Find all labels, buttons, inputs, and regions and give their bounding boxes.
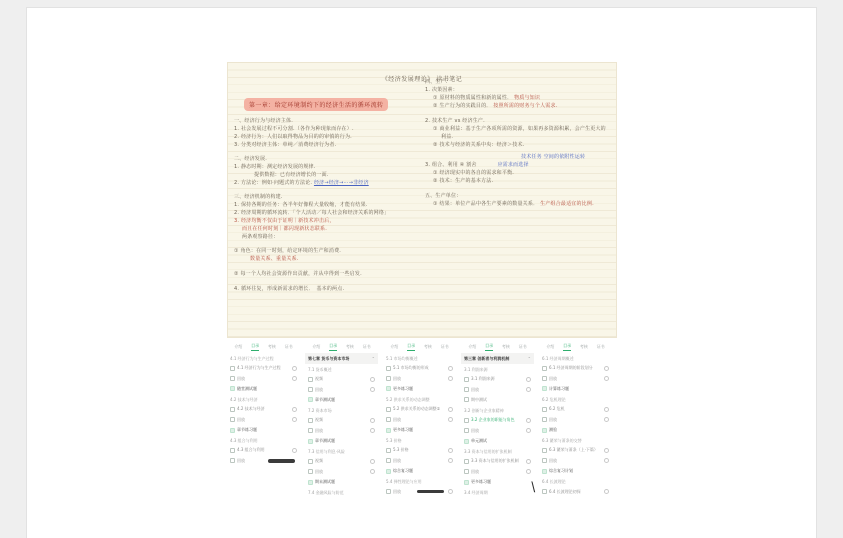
course-item-row: 回放 — [461, 384, 534, 394]
section-label: 4.3 组合与利用 — [227, 435, 300, 445]
tab-item: 目录 — [563, 343, 571, 351]
course-item-row: 4.1 经济行为与生产过程 — [227, 363, 300, 373]
download-circle-icon — [292, 366, 297, 371]
quiz-icon — [386, 386, 391, 391]
item-title: 综合复习题 — [393, 468, 453, 474]
course-item-row: 回放 — [461, 426, 534, 436]
tab-item: 考核 — [580, 344, 588, 351]
tab-item: 考核 — [424, 344, 432, 351]
item-title: 回放 — [315, 387, 368, 393]
video-icon — [386, 448, 391, 453]
quiz-row: 更多练习题 — [383, 425, 456, 435]
note-text: ① 结果：单位产品中各生产要素的数量关系． — [433, 201, 540, 207]
course-item-row: 4.3 组合与利用 — [227, 445, 300, 455]
note-text: 3. 经济均衡不仅由于证明｜新技术冲击后， — [234, 218, 335, 224]
chapter-heading-highlight: 第一章：给定环境制约下的经济生活的循环流转 — [244, 98, 388, 111]
item-title: 更多练习题 — [471, 479, 531, 485]
quiz-row: 更多练习题 — [461, 477, 534, 487]
quiz-icon — [308, 397, 313, 402]
video-icon — [308, 387, 313, 392]
tab-item: 介绍 — [234, 344, 242, 351]
video-icon — [230, 376, 235, 381]
section-label: 7.3 信用与利息·风险 — [305, 446, 378, 456]
section-label: 3.4 经济周期 — [461, 487, 534, 497]
note-line: 五、生产单位： — [425, 192, 615, 200]
chapter-title: 第三章 创新者与利润机制 — [464, 356, 509, 362]
video-icon — [464, 428, 469, 433]
course-item-row: 5.1 市场均衡的形成 — [383, 363, 456, 373]
item-title: 3.3 资本与信用的扩张机制 — [471, 458, 524, 464]
quiz-row: 章节测试题 — [305, 395, 378, 405]
quiz-row: 随堂测试题 — [227, 384, 300, 394]
item-title: 章节测试题 — [315, 397, 375, 403]
item-title: 回放 — [315, 469, 368, 475]
course-item-row: 6.2 危机 — [539, 404, 612, 414]
download-circle-icon — [604, 376, 609, 381]
chapter-heading-text: 第一章：给定环境制约下的经济生活的循环流转 — [249, 102, 383, 109]
tab-item: 目录 — [329, 343, 337, 351]
course-item-row: 回放 — [227, 373, 300, 383]
download-circle-icon — [448, 489, 453, 494]
course-item-row: 回放 — [383, 373, 456, 383]
note-line: 1. 决策因素： — [425, 86, 615, 94]
course-item-row: 回放 — [539, 456, 612, 466]
video-icon — [386, 376, 391, 381]
item-title: 期中测试 — [471, 397, 531, 403]
note-line: ① 商业利益：基于生产各项所需的资源，如果再多资源积累，会产生更大的 — [425, 125, 615, 133]
section-label: 5.4 弹性理论与应用 — [383, 476, 456, 486]
note-text: 生产组合最适宜的比例. — [540, 201, 594, 207]
item-title: 章节练习题 — [237, 427, 297, 433]
quiz-icon — [386, 428, 391, 433]
section-label: 6.2 危机理论 — [539, 394, 612, 404]
tab-item: 目录 — [251, 343, 259, 351]
item-title: 6.4 长波理论初探 — [549, 489, 602, 495]
note-line: 3. 经济均衡不仅由于证明｜新技术冲击后， — [234, 217, 422, 225]
download-circle-icon — [448, 376, 453, 381]
tab-bar: 介绍目录考核证书 — [227, 340, 300, 353]
note-text: 技术任务 空间的依附性运转 — [521, 154, 585, 160]
phone-screenshot: 介绍目录考核证书6.1 经济周期概述6.1 经济周期的阶段划分回放计算练习题6.… — [539, 340, 612, 497]
download-circle-icon — [526, 377, 531, 382]
quiz-row: 计算练习题 — [539, 384, 612, 394]
quiz-row: 综合复习计划 — [539, 466, 612, 476]
tab-item: 证书 — [597, 344, 605, 351]
quiz-row: 单元测试 — [461, 436, 534, 446]
item-title: 回放 — [471, 469, 524, 475]
download-circle-icon — [292, 407, 297, 412]
quiz-row: 更多练习题 — [383, 384, 456, 394]
note-text: 两条观察路径： — [242, 234, 278, 240]
progress-bar — [417, 490, 444, 494]
quiz-row: 综合复习题 — [383, 466, 456, 476]
course-item-row: 视频 — [305, 415, 378, 425]
download-circle-icon — [370, 428, 375, 433]
course-item-row: 回放 — [539, 415, 612, 425]
note-line: ① 角色：在同一时刻，给定环境的生产和消费. — [234, 247, 422, 255]
quiz-icon — [464, 480, 469, 485]
course-item-row: 回放 — [227, 415, 300, 425]
video-icon — [464, 459, 469, 464]
download-circle-icon — [604, 458, 609, 463]
quiz-row: 期末测试题 — [305, 477, 378, 487]
pen-mark: \ — [531, 480, 536, 495]
download-circle-icon — [448, 407, 453, 412]
course-item-row: 3.3 资本与信用的扩张机制 — [461, 456, 534, 466]
video-icon — [308, 377, 313, 382]
video-icon — [542, 376, 547, 381]
download-circle-icon — [526, 469, 531, 474]
item-title: 回放 — [393, 417, 446, 423]
note-text: 1. 保持各期的任务：各半年好像程大量收缩，才能有结果. — [234, 202, 368, 208]
note-line: 1. 保持各期的任务：各半年好像程大量收缩，才能有结果. — [234, 201, 422, 209]
note-text: 经济→经济→⋯→非经济 — [314, 180, 369, 186]
note-line: 两条观察路径： — [234, 233, 422, 241]
video-icon — [386, 458, 391, 463]
note-line: 提供数据：已有经济增长的一面. — [234, 171, 422, 179]
video-icon — [542, 458, 547, 463]
item-title: 回放 — [393, 458, 446, 464]
section-label: 6.3 繁荣与萧条的交替 — [539, 435, 612, 445]
note-text: ① 商业利益：基于生产各项所需的资源，如果再多资源积累，会产生更大的 — [433, 126, 606, 132]
note-text: ② 技术：生产的基本方法. — [433, 178, 493, 184]
tab-item: 证书 — [285, 344, 293, 351]
item-title: 回放 — [315, 428, 368, 434]
item-title: 回放 — [237, 417, 290, 423]
tab-item: 介绍 — [468, 344, 476, 351]
quiz-icon — [542, 386, 547, 391]
quiz-icon — [308, 439, 313, 444]
course-item-row: 回放 — [383, 456, 456, 466]
video-icon — [230, 407, 235, 412]
course-item-row: 6.4 长波理论初探 — [539, 486, 612, 496]
video-icon — [542, 417, 547, 422]
item-title: 回放 — [237, 458, 265, 464]
download-circle-icon — [370, 469, 375, 474]
quiz-icon — [464, 439, 469, 444]
download-circle-icon — [292, 376, 297, 381]
tab-item: 介绍 — [390, 344, 398, 351]
quiz-row: 章节测试题 — [305, 436, 378, 446]
download-circle-icon — [292, 448, 297, 453]
note-text: 四、生产. — [425, 79, 448, 85]
course-item-row: 4.2 技术与经济 — [227, 404, 300, 414]
download-circle-icon — [292, 417, 297, 422]
item-title: 回放 — [471, 387, 524, 393]
note-text: 而且在任何时刻｜都闪现新状态联系. — [242, 226, 327, 232]
section-label: 3.2 创新与企业家精神 — [461, 405, 534, 415]
note-text: 2. 技术生产 vs 经济生产. — [425, 118, 485, 124]
video-icon — [308, 459, 313, 464]
note-text: 利益. — [441, 134, 453, 140]
note-line: 一、经济行为与经济主体. — [234, 117, 422, 125]
note-text: 4. 循环往复，形成新需求的增长． 基本的两点. — [234, 286, 344, 292]
item-title: 5.3 价格 — [393, 447, 446, 453]
section-label: 3.1 利润来源 — [461, 364, 534, 374]
video-icon — [542, 489, 547, 494]
note-line: ② 每一个人均社会资源作出贡献，并从中得到一些启发. — [234, 270, 422, 278]
quiz-row: 测验 — [539, 425, 612, 435]
item-title: 4.1 经济行为与生产过程 — [237, 365, 290, 371]
note-line: 四、生产. — [425, 78, 615, 86]
download-circle-icon — [604, 448, 609, 453]
note-line: 数量关系、重量关系. — [234, 255, 422, 263]
download-circle-icon — [448, 417, 453, 422]
note-line: 1. 静态时期：测定经济发展的规律. — [234, 163, 422, 171]
note-line: ② 技术：生产的基本方法. — [425, 177, 615, 185]
tab-item: 证书 — [519, 344, 527, 351]
video-icon — [542, 366, 547, 371]
note-text: 3. 分类对经济主体：单纯／消费经济行为者. — [234, 142, 336, 148]
note-text: 提供数据：已有经济增长的一面. — [254, 172, 329, 178]
tab-bar: 介绍目录考核证书 — [383, 340, 456, 353]
phone-screenshot: 介绍目录考核证书4.1 经济行为与生产过程4.1 经济行为与生产过程回放随堂测试… — [227, 340, 300, 497]
course-item-row: 视频 — [305, 374, 378, 384]
course-item-row: 回放 — [305, 426, 378, 436]
section-label: 7.4 金融风险与防范 — [305, 487, 378, 497]
video-icon — [230, 366, 235, 371]
section-label: 5.2 供求关系的动态调整 — [383, 394, 456, 404]
download-circle-icon — [370, 387, 375, 392]
section-label: 4.2 技术与经济 — [227, 394, 300, 404]
tab-item: 证书 — [363, 344, 371, 351]
video-icon — [464, 469, 469, 474]
note-text: ② 技术与经济的关系中央：经济＞技术. — [433, 142, 524, 148]
item-title: 回放 — [549, 458, 602, 464]
tab-item: 考核 — [346, 344, 354, 351]
video-icon — [464, 397, 469, 402]
note-text: 1. 静态时期：测定经济发展的规律. — [234, 164, 316, 170]
note-line: 2. 方法论：例如·问题式的方法论. 经济→经济→⋯→非经济 — [234, 179, 422, 187]
item-title: 5.1 市场均衡的形成 — [393, 365, 446, 371]
note-line: 技术任务 空间的依附性运转 — [425, 153, 615, 161]
note-text: 2. 方法论：例如·问题式的方法论. — [234, 180, 314, 186]
note-line: 三、经济机制的构建. — [234, 193, 422, 201]
download-circle-icon — [526, 428, 531, 433]
document-page: 《经济发展理论》 读书笔记 第一章：给定环境制约下的经济生活的循环流转 一、经济… — [26, 7, 817, 538]
chapter-header-row: 第七章 货币与资本市场⌃ — [305, 353, 378, 364]
collapse-caret-icon: ⌃ — [372, 356, 375, 361]
note-line: 二、经济发展. — [234, 155, 422, 163]
item-title: 4.3 组合与利用 — [237, 447, 290, 453]
note-line: 2. 经济周期的循环流转．「个人活动／每人社会和经济关系的网络」 — [234, 209, 422, 217]
note-text: ① 角色：在同一时刻，给定环境的生产和消费. — [234, 248, 341, 254]
note-text: 数量关系、重量关系. — [250, 256, 299, 262]
note-text: 二、经济发展. — [234, 156, 267, 162]
video-icon — [308, 428, 313, 433]
note-line: 4. 循环往复，形成新需求的增长． 基本的两点. — [234, 285, 422, 293]
course-item-row: 6.3 繁荣与萧条（上·下篇） — [539, 445, 612, 455]
note-line: 1. 社会发展过程不可分割.（各作为种现象而存在）. — [234, 125, 422, 133]
phone-screenshot: 介绍目录考核证书第三章 创新者与利润机制⌃3.1 利润来源3.1 利润来源回放期… — [461, 340, 534, 497]
item-title: 回放 — [393, 376, 446, 382]
item-title: 综合复习计划 — [549, 468, 609, 474]
video-icon — [386, 366, 391, 371]
chapter-header-row: 第三章 创新者与利润机制⌃ — [461, 353, 534, 364]
note-text: ② 每一个人均社会资源作出贡献，并从中得到一些启发. — [234, 271, 362, 277]
note-text: 物质与知识 — [514, 95, 540, 101]
course-item-row: 回放 — [383, 486, 456, 496]
section-label: 5.1 市场均衡概述 — [383, 353, 456, 363]
course-item-row: 回放 — [461, 467, 534, 477]
download-circle-icon — [526, 459, 531, 464]
download-circle-icon — [370, 377, 375, 382]
section-label: 7.2 资本市场 — [305, 405, 378, 415]
download-circle-icon — [604, 407, 609, 412]
tab-bar: 介绍目录考核证书 — [539, 340, 612, 353]
section-label: 3.3 资本与信用的扩张机制 — [461, 446, 534, 456]
course-item-row: 视频 — [305, 456, 378, 466]
phone-screenshot: 介绍目录考核证书5.1 市场均衡概述5.1 市场均衡的形成回放更多练习题5.2 … — [383, 340, 456, 497]
item-title: 视频 — [315, 376, 368, 382]
item-title: 4.2 技术与经济 — [237, 406, 290, 412]
video-icon — [464, 418, 469, 423]
note-line: 3. 分类对经济主体：单纯／消费经济行为者. — [234, 141, 422, 149]
course-item-row: 3.1 利润来源 — [461, 374, 534, 384]
note-line: ① 原材料的物质属性和新的属性． 物质与知识 — [425, 94, 615, 102]
download-circle-icon — [448, 366, 453, 371]
note-line: 利益. — [425, 133, 615, 141]
video-icon — [542, 448, 547, 453]
phone-screenshot: 介绍目录考核证书第七章 货币与资本市场⌃7.1 货币概述视频回放章节测试题7.2… — [305, 340, 378, 497]
note-text: 2. 经济行为：人们以取得物品为目的的审慎的行为. — [234, 134, 352, 140]
video-icon — [386, 407, 391, 412]
chapter-title: 第七章 货币与资本市场 — [308, 356, 349, 362]
section-label: 5.3 价格 — [383, 435, 456, 445]
notes-left-column: 一、经济行为与经济主体.1. 社会发展过程不可分割.（各作为种现象而存在）.2.… — [234, 117, 422, 293]
note-line: 2. 经济行为：人们以取得物品为目的的审慎的行为. — [234, 133, 422, 141]
item-title: 视频 — [315, 458, 368, 464]
course-item-row: 回放 — [383, 415, 456, 425]
note-line: ② 技术与经济的关系中央：经济＞技术. — [425, 141, 615, 149]
item-title: 回放 — [393, 489, 414, 495]
note-text: 三、经济机制的构建. — [234, 194, 283, 200]
section-label: 7.1 货币概述 — [305, 364, 378, 374]
item-title: 6.2 危机 — [549, 406, 602, 412]
video-icon — [230, 417, 235, 422]
item-title: 计算练习题 — [549, 386, 609, 392]
item-title: 回放 — [549, 417, 602, 423]
note-text: 按照所需的财务与个人需求. — [493, 103, 557, 109]
download-circle-icon — [370, 459, 375, 464]
quiz-icon — [542, 469, 547, 474]
note-text: 2. 经济周期的循环流转．「个人活动／每人社会和经济关系的网络」 — [234, 210, 389, 216]
video-icon — [386, 489, 391, 494]
video-icon — [464, 387, 469, 392]
course-item-row: 回放 — [227, 456, 300, 466]
tab-item: 目录 — [485, 343, 493, 351]
quiz-icon — [230, 428, 235, 433]
tab-bar: 介绍目录考核证书 — [305, 340, 378, 353]
note-line: 3. 组合、利用 ④ 割舍 应需求而选择 — [425, 161, 615, 169]
video-icon — [308, 469, 313, 474]
course-item-row: 5.3 价格 — [383, 445, 456, 455]
note-text: 1. 社会发展过程不可分割.（各作为种现象而存在）. — [234, 126, 354, 132]
tab-item: 介绍 — [546, 344, 554, 351]
item-title: 测验 — [549, 427, 609, 433]
download-circle-icon — [604, 417, 609, 422]
tab-item: 目录 — [407, 343, 415, 351]
item-title: 回放 — [549, 376, 602, 382]
note-text: 一、经济行为与经济主体. — [234, 118, 293, 124]
download-circle-icon — [526, 418, 531, 423]
note-line: ① 经济现实中的各自的需求和平衡. — [425, 169, 615, 177]
download-circle-icon — [604, 489, 609, 494]
note-text: 3. 组合、利用 ④ 割舍 — [425, 162, 497, 168]
note-line: ② 生产行为的实践目的． 按照所需的财务与个人需求. — [425, 102, 615, 110]
course-item-row: 6.1 经济周期的阶段划分 — [539, 363, 612, 373]
course-item-row: 5.2 供求关系的动态调整① — [383, 404, 456, 414]
download-circle-icon — [448, 448, 453, 453]
video-icon — [542, 407, 547, 412]
note-line: ① 结果：单位产品中各生产要素的数量关系． 生产组合最适宜的比例. — [425, 200, 615, 208]
note-line: 而且在任何时刻｜都闪现新状态联系. — [234, 225, 422, 233]
item-title: 更多练习题 — [393, 386, 453, 392]
item-title: 6.1 经济周期的阶段划分 — [549, 365, 602, 371]
item-title: 更多练习题 — [393, 427, 453, 433]
item-title: 章节测试题 — [315, 438, 375, 444]
item-title: 随堂测试题 — [237, 386, 297, 392]
course-item-row: 3.2 企业家的职能与角色 — [461, 415, 534, 425]
note-text: 1. 决策因素： — [425, 87, 458, 93]
course-item-row: 回放 — [305, 384, 378, 394]
download-circle-icon — [526, 387, 531, 392]
note-text: 应需求而选择 — [497, 162, 528, 168]
item-title: 3.2 企业家的职能与角色 — [471, 417, 524, 423]
item-title: 6.3 繁荣与萧条（上·下篇） — [549, 447, 602, 453]
video-icon — [230, 458, 235, 463]
note-text: 五、生产单位： — [425, 193, 461, 199]
section-label: 4.1 经济行为与生产过程 — [227, 353, 300, 363]
video-icon — [308, 418, 313, 423]
app-screenshot-row: 介绍目录考核证书4.1 经济行为与生产过程4.1 经济行为与生产过程回放随堂测试… — [227, 340, 619, 500]
tab-item: 介绍 — [312, 344, 320, 351]
item-title: 3.1 利润来源 — [471, 376, 524, 382]
download-circle-icon — [604, 366, 609, 371]
video-icon — [464, 377, 469, 382]
note-text: ① 经济现实中的各自的需求和平衡. — [433, 170, 514, 176]
download-circle-icon — [370, 418, 375, 423]
quiz-icon — [386, 469, 391, 474]
section-label: 6.1 经济周期概述 — [539, 353, 612, 363]
item-title: 期末测试题 — [315, 479, 375, 485]
notes-paper-image: 《经济发展理论》 读书笔记 第一章：给定环境制约下的经济生活的循环流转 一、经济… — [227, 62, 617, 338]
tab-bar: 介绍目录考核证书 — [461, 340, 534, 353]
quiz-row: 章节练习题 — [227, 425, 300, 435]
item-title: 回放 — [471, 428, 524, 434]
quiz-icon — [542, 428, 547, 433]
tab-item: 证书 — [441, 344, 449, 351]
course-item-row: 期中测试 — [461, 395, 534, 405]
video-icon — [386, 417, 391, 422]
notes-right-column: 四、生产.1. 决策因素：① 原材料的物质属性和新的属性． 物质与知识② 生产行… — [425, 78, 615, 208]
course-item-row: 回放 — [305, 467, 378, 477]
collapse-caret-icon: ⌃ — [528, 356, 531, 361]
quiz-icon — [230, 386, 235, 391]
course-item-row: 回放 — [539, 373, 612, 383]
item-title: 单元测试 — [471, 438, 531, 444]
tab-item: 考核 — [502, 344, 510, 351]
tab-item: 考核 — [268, 344, 276, 351]
download-circle-icon — [448, 458, 453, 463]
note-text: ② 生产行为的实践目的． — [433, 103, 493, 109]
item-title: 视频 — [315, 417, 368, 423]
item-title: 回放 — [237, 376, 290, 382]
quiz-icon — [308, 480, 313, 485]
note-line: 2. 技术生产 vs 经济生产. — [425, 117, 615, 125]
item-title: 5.2 供求关系的动态调整① — [393, 406, 446, 412]
video-icon — [230, 448, 235, 453]
